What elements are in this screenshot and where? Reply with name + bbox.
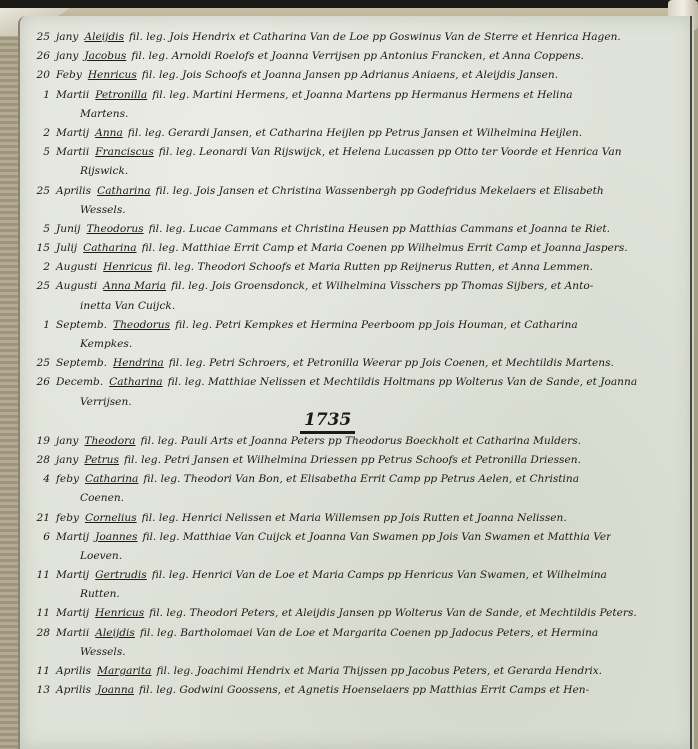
entry-month: Aprilis — [56, 662, 91, 681]
entry-line: 26Decemb.Catharinafil. leg. Matthiae Nel… — [30, 373, 676, 392]
register-entry: 25Septemb.Hendrinafil. leg. Petri Schroe… — [30, 354, 676, 373]
entries-1734: 25janyAleijdisfil. leg. Jois Hendrix et … — [30, 28, 676, 412]
register-entry: 11AprilisMargaritafil. leg. Joachimi Hen… — [30, 662, 676, 681]
register-entry: 1MartiiPetronillafil. leg. Martini Herme… — [30, 86, 676, 124]
entry-month: Feby — [56, 66, 82, 85]
entry-day: 2 — [30, 124, 50, 143]
entry-line: 4febyCatharinafil. leg. Theodori Van Bon… — [30, 470, 676, 489]
child-name: Gertrudis — [95, 566, 147, 585]
entry-line: 25janyAleijdisfil. leg. Jois Hendrix et … — [30, 28, 676, 47]
entry-month: Martij — [56, 566, 89, 585]
register-entry: 11MartijGertrudisfil. leg. Henrici Van d… — [30, 566, 676, 604]
year-heading-row: 1735 — [30, 412, 676, 432]
child-name: Hendrina — [113, 354, 164, 373]
entry-line: 20FebyHenricusfil. leg. Jois Schoofs et … — [30, 66, 676, 85]
entry-day: 21 — [30, 509, 50, 528]
entry-text: fil. leg. Arnoldi Roelofs et Joanna Verr… — [131, 47, 584, 66]
entry-continuation: Rutten. — [30, 585, 676, 604]
entry-month: Martij — [56, 528, 89, 547]
entry-day: 4 — [30, 470, 50, 489]
entry-day: 20 — [30, 66, 50, 85]
entry-day: 6 — [30, 528, 50, 547]
register-entry: 26janyJacobusfil. leg. Arnoldi Roelofs e… — [30, 47, 676, 66]
entry-month: Augusti — [56, 258, 97, 277]
child-name: Jacobus — [84, 47, 126, 66]
entry-line: 11MartijGertrudisfil. leg. Henrici Van d… — [30, 566, 676, 585]
year-heading: 1735 — [300, 410, 355, 434]
entry-month: Martii — [56, 143, 89, 162]
entry-month: jany — [56, 47, 78, 66]
child-name: Franciscus — [95, 143, 154, 162]
register-entry: 15JulijCatharinafil. leg. Matthiae Errit… — [30, 239, 676, 258]
entry-continuation: Wessels. — [30, 643, 676, 662]
entry-text: fil. leg. Lucae Cammans et Christina Heu… — [149, 220, 610, 239]
child-name: Henricus — [88, 66, 137, 85]
entry-line: 28MartiiAleijdisfil. leg. Bartholomaei V… — [30, 624, 676, 643]
child-name: Theodorus — [87, 220, 144, 239]
entry-day: 25 — [30, 28, 50, 47]
entry-day: 13 — [30, 681, 50, 700]
entry-line: 2AugustiHenricusfil. leg. Theodori Schoo… — [30, 258, 676, 277]
entry-month: Julij — [56, 239, 77, 258]
entry-text: fil. leg. Matthiae Van Cuijck et Joanna … — [142, 528, 611, 547]
register-entry: 28janyPetrusfil. leg. Petri Jansen et Wi… — [30, 451, 676, 470]
register-entry: 19janyTheodorafil. leg. Pauli Arts et Jo… — [30, 432, 676, 451]
entry-month: feby — [56, 470, 79, 489]
entry-day: 11 — [30, 662, 50, 681]
entry-line: 13AprilisJoannafil. leg. Godwini Goossen… — [30, 681, 676, 700]
entry-month: Martij — [56, 124, 89, 143]
entry-text: fil. leg. Henrici Nelissen et Maria Will… — [142, 509, 567, 528]
entry-day: 26 — [30, 47, 50, 66]
child-name: Catharina — [97, 182, 150, 201]
register-entry: 5MartiiFranciscusfil. leg. Leonardi Van … — [30, 143, 676, 181]
entry-continuation: Coenen. — [30, 489, 676, 508]
child-name: Joanna — [97, 681, 134, 700]
entry-line: 11AprilisMargaritafil. leg. Joachimi Hen… — [30, 662, 676, 681]
register-entry: 25AugustiAnna Mariafil. leg. Jois Groens… — [30, 277, 676, 315]
child-name: Henricus — [95, 604, 144, 623]
register-entry: 1Septemb.Theodorusfil. leg. Petri Kempke… — [30, 316, 676, 354]
entry-continuation: Loeven. — [30, 547, 676, 566]
entry-month: Septemb. — [56, 316, 107, 335]
child-name: Theodora — [84, 432, 135, 451]
entry-continuation: Kempkes. — [30, 335, 676, 354]
child-name: Anna Maria — [103, 277, 166, 296]
entry-day: 26 — [30, 373, 50, 392]
entry-text: fil. leg. Jois Schoofs et Joanna Jansen … — [142, 66, 558, 85]
entry-text: fil. leg. Matthiae Errit Camp et Maria C… — [142, 239, 628, 258]
entry-month: Martii — [56, 624, 89, 643]
entry-text: fil. leg. Petri Jansen et Wilhelmina Dri… — [124, 451, 581, 470]
child-name: Anna — [95, 124, 123, 143]
entry-line: 25AprilisCatharinafil. leg. Jois Jansen … — [30, 182, 676, 201]
entry-line: 11MartijHenricusfil. leg. Theodori Peter… — [30, 604, 676, 623]
entry-month: Septemb. — [56, 354, 107, 373]
entry-line: 26janyJacobusfil. leg. Arnoldi Roelofs e… — [30, 47, 676, 66]
register-entry: 25AprilisCatharinafil. leg. Jois Jansen … — [30, 182, 676, 220]
entry-text: fil. leg. Matthiae Nelissen et Mechtildi… — [168, 373, 638, 392]
entry-text: fil. leg. Pauli Arts et Joanna Peters pp… — [141, 432, 582, 451]
entry-text: fil. leg. Jois Groensdonck, et Wilhelmin… — [171, 277, 593, 296]
entry-text: fil. leg. Petri Kempkes et Hermina Peerb… — [175, 316, 578, 335]
entry-day: 11 — [30, 566, 50, 585]
entry-month: Martii — [56, 86, 89, 105]
entry-text: fil. leg. Gerardi Jansen, et Catharina H… — [128, 124, 582, 143]
entry-line: 5MartiiFranciscusfil. leg. Leonardi Van … — [30, 143, 676, 162]
child-name: Henricus — [103, 258, 152, 277]
entry-month: Augusti — [56, 277, 97, 296]
register-entry: 6MartijJoannesfil. leg. Matthiae Van Cui… — [30, 528, 676, 566]
entry-day: 25 — [30, 354, 50, 373]
register-entry: 26Decemb.Catharinafil. leg. Matthiae Nel… — [30, 373, 676, 411]
entry-day: 28 — [30, 451, 50, 470]
child-name: Joannes — [95, 528, 137, 547]
entry-text: fil. leg. Theodori Peters, et Aleijdis J… — [149, 604, 637, 623]
entry-text: fil. leg. Jois Hendrix et Catharina Van … — [129, 28, 621, 47]
entry-day: 5 — [30, 220, 50, 239]
register-entry: 20FebyHenricusfil. leg. Jois Schoofs et … — [30, 66, 676, 85]
register-entry: 2AugustiHenricusfil. leg. Theodori Schoo… — [30, 258, 676, 277]
entry-continuation: Rijswick. — [30, 162, 676, 181]
page-right-rule — [690, 16, 692, 749]
entry-text: fil. leg. Theodori Van Bon, et Elisabeth… — [143, 470, 579, 489]
entry-day: 25 — [30, 277, 50, 296]
child-name: Aleijdis — [95, 624, 135, 643]
entry-day: 5 — [30, 143, 50, 162]
entry-line: 25AugustiAnna Mariafil. leg. Jois Groens… — [30, 277, 676, 296]
child-name: Aleijdis — [84, 28, 124, 47]
child-name: Cornelius — [85, 509, 137, 528]
entries-1735: 19janyTheodorafil. leg. Pauli Arts et Jo… — [30, 432, 676, 701]
entry-line: 15JulijCatharinafil. leg. Matthiae Errit… — [30, 239, 676, 258]
entry-line: 6MartijJoannesfil. leg. Matthiae Van Cui… — [30, 528, 676, 547]
entry-text: fil. leg. Bartholomaei Van de Loe et Mar… — [140, 624, 598, 643]
entry-day: 2 — [30, 258, 50, 277]
entry-day: 25 — [30, 182, 50, 201]
register-entry: 2MartijAnnafil. leg. Gerardi Jansen, et … — [30, 124, 676, 143]
register-entry: 25janyAleijdisfil. leg. Jois Hendrix et … — [30, 28, 676, 47]
child-name: Catharina — [109, 373, 162, 392]
entry-day: 1 — [30, 316, 50, 335]
child-name: Petronilla — [95, 86, 147, 105]
entry-month: jany — [56, 28, 78, 47]
entry-day: 28 — [30, 624, 50, 643]
entry-continuation: inetta Van Cuijck. — [30, 297, 676, 316]
entry-line: 1Septemb.Theodorusfil. leg. Petri Kempke… — [30, 316, 676, 335]
entry-month: Martij — [56, 604, 89, 623]
entry-text: fil. leg. Henrici Van de Loe et Maria Ca… — [152, 566, 607, 585]
register-entries: 25janyAleijdisfil. leg. Jois Hendrix et … — [30, 28, 676, 700]
register-entry: 5JunijTheodorusfil. leg. Lucae Cammans e… — [30, 220, 676, 239]
register-entry: 28MartiiAleijdisfil. leg. Bartholomaei V… — [30, 624, 676, 662]
entry-month: Aprilis — [56, 681, 91, 700]
register-entry: 21febyCorneliusfil. leg. Henrici Nelisse… — [30, 509, 676, 528]
entry-line: 1MartiiPetronillafil. leg. Martini Herme… — [30, 86, 676, 105]
child-name: Theodorus — [113, 316, 170, 335]
entry-month: feby — [56, 509, 79, 528]
entry-month: jany — [56, 432, 78, 451]
entry-line: 21febyCorneliusfil. leg. Henrici Nelisse… — [30, 509, 676, 528]
entry-line: 25Septemb.Hendrinafil. leg. Petri Schroe… — [30, 354, 676, 373]
entry-text: fil. leg. Theodori Schoofs et Maria Rutt… — [157, 258, 593, 277]
entry-line: 19janyTheodorafil. leg. Pauli Arts et Jo… — [30, 432, 676, 451]
child-name: Catharina — [83, 239, 136, 258]
child-name: Petrus — [84, 451, 119, 470]
entry-line: 5JunijTheodorusfil. leg. Lucae Cammans e… — [30, 220, 676, 239]
entry-text: fil. leg. Jois Jansen et Christina Wasse… — [156, 182, 604, 201]
entry-day: 11 — [30, 604, 50, 623]
entry-month: jany — [56, 451, 78, 470]
entry-text: fil. leg. Martini Hermens, et Joanna Mar… — [152, 86, 572, 105]
entry-day: 1 — [30, 86, 50, 105]
register-entry: 13AprilisJoannafil. leg. Godwini Goossen… — [30, 681, 676, 700]
register-entry: 4febyCatharinafil. leg. Theodori Van Bon… — [30, 470, 676, 508]
entry-line: 28janyPetrusfil. leg. Petri Jansen et Wi… — [30, 451, 676, 470]
entry-text: fil. leg. Leonardi Van Rijswijck, et Hel… — [159, 143, 622, 162]
child-name: Catharina — [85, 470, 138, 489]
register-entry: 11MartijHenricusfil. leg. Theodori Peter… — [30, 604, 676, 623]
entry-day: 15 — [30, 239, 50, 258]
entry-text: fil. leg. Joachimi Hendrix et Maria Thij… — [156, 662, 602, 681]
entry-text: fil. leg. Godwini Goossens, et Agnetis H… — [139, 681, 589, 700]
entry-line: 2MartijAnnafil. leg. Gerardi Jansen, et … — [30, 124, 676, 143]
entry-month: Aprilis — [56, 182, 91, 201]
entry-continuation: Wessels. — [30, 201, 676, 220]
register-page: 25janyAleijdisfil. leg. Jois Hendrix et … — [18, 16, 694, 749]
entry-text: fil. leg. Petri Schroers, et Petronilla … — [169, 354, 614, 373]
entry-month: Decemb. — [56, 373, 103, 392]
book-binding — [0, 10, 18, 749]
entry-month: Junij — [56, 220, 81, 239]
entry-day: 19 — [30, 432, 50, 451]
entry-continuation: Martens. — [30, 105, 676, 124]
child-name: Margarita — [97, 662, 151, 681]
